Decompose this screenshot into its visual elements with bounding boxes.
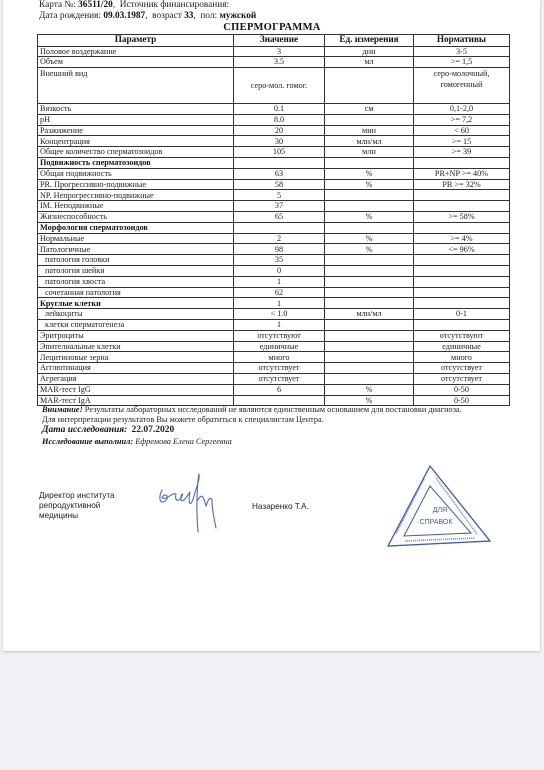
signatory-position: Директор института репродуктивной медици… (39, 491, 115, 522)
cell-value: 3 (234, 46, 325, 57)
cell-value (234, 158, 325, 169)
table-row: патология головки35 (38, 255, 510, 266)
table-row: патология шейки0 (38, 266, 510, 277)
column-header-unit: Ед. измерения (325, 35, 414, 47)
table-row: Эпителиальные клеткиединичныеединичные (38, 341, 510, 352)
cell-unit (325, 352, 414, 363)
attention-label: Внимание! (42, 405, 83, 414)
cell-norm: отсутствует (414, 374, 510, 385)
cell-value: 0.1 (234, 104, 325, 115)
cell-unit: млн (325, 147, 414, 158)
cell-norm: >= 58% (414, 212, 510, 223)
cell-unit: мин (325, 125, 414, 136)
table-row: Общее количество сперматозоидов105млн>= … (38, 147, 510, 158)
patient-info-line: Дата рождения: 09.03.1987, возраст 33, п… (39, 11, 256, 22)
cell-value: 5 (234, 190, 325, 201)
table-header-row: Параметр Значение Ед. измерения Норматив… (38, 35, 510, 47)
table-row: Нормальные2%>= 4% (38, 233, 510, 244)
cell-parameter: патология головки (38, 255, 234, 266)
cell-norm (414, 190, 510, 201)
cell-unit (325, 158, 414, 169)
table-row: IM. Неподвижные37 (38, 201, 510, 212)
table-row: Морфология сперматозоидов (38, 222, 510, 233)
cell-unit (325, 287, 414, 298)
cell-unit (325, 363, 414, 374)
cell-norm: >= 15 (414, 136, 510, 147)
cell-norm: >= 7,2 (414, 114, 510, 125)
table-row: pH8.0>= 7,2 (38, 114, 510, 125)
position-line-1: Директор института (39, 491, 115, 501)
table-row: NP. Непрогрессивно-подвижные5 (38, 190, 510, 201)
cell-value: < 1.0 (234, 309, 325, 320)
cell-norm (414, 201, 510, 212)
table-row: Агглютинацияотсутствуетотсутствует (38, 363, 510, 374)
table-row: Эритроцитыотсутствуютотсутствуют (38, 330, 510, 341)
cell-unit (325, 298, 414, 309)
cell-unit: см (325, 104, 414, 115)
cell-norm: 0,1-2,0 (414, 104, 510, 115)
cell-norm (414, 287, 510, 298)
cell-parameter: Эпителиальные клетки (38, 341, 234, 352)
table-row: Половое воздержание3дни3-5 (38, 46, 510, 57)
table-row: Патологичные98%<= 96% (38, 244, 510, 255)
cell-norm (414, 266, 510, 277)
cell-value: 35 (234, 255, 325, 266)
cell-value: отсутствует (234, 374, 325, 385)
cell-norm: единичные (414, 341, 510, 352)
table-row: Подвижность сперматозоидов (38, 158, 510, 169)
cell-norm (414, 298, 510, 309)
card-info-line: Карта №: 36511/20, Источник финансирован… (39, 0, 229, 11)
cell-norm: PR+NP >= 40% (414, 168, 510, 179)
table-row: патология хвоста1 (38, 276, 510, 287)
table-row: Концентрация30млн/мл>= 15 (38, 136, 510, 147)
cell-norm: >= 1,5 (414, 57, 510, 68)
position-line-2: репродуктивной (39, 501, 115, 511)
cell-unit: % (325, 244, 414, 255)
cell-parameter: IM. Неподвижные (38, 201, 234, 212)
table-row: Объем3.5мл>= 1,5 (38, 57, 510, 68)
cell-unit: % (325, 384, 414, 395)
cell-unit (325, 222, 414, 233)
cell-unit (325, 341, 414, 352)
cell-value: 63 (234, 168, 325, 179)
cell-norm: 0-50 (414, 384, 510, 395)
column-header-value: Значение (234, 35, 325, 47)
cell-norm: 3-5 (414, 46, 510, 57)
cell-parameter: Подвижность сперматозоидов (38, 158, 234, 169)
table-row: Внешний видсеро-мол. гомог.серо-молочный… (38, 68, 510, 104)
attention-text: Результаты лабораторных исследований не … (85, 405, 462, 414)
cell-norm (414, 222, 510, 233)
cell-value: 1 (234, 298, 325, 309)
results-table: Параметр Значение Ед. измерения Норматив… (37, 34, 510, 406)
cell-norm: <= 96% (414, 244, 510, 255)
funding-label: Источник финансирования: (120, 0, 229, 10)
cell-value: 37 (234, 201, 325, 212)
cell-value: 0 (234, 266, 325, 277)
cell-value: 8.0 (234, 114, 325, 125)
cell-unit: % (325, 179, 414, 190)
cell-unit (325, 114, 414, 125)
cell-value: 3.5 (234, 57, 325, 68)
table-row: лейкоциты< 1.0млн/мл0-1 (38, 309, 510, 320)
cell-unit: млн/мл (325, 309, 414, 320)
cell-parameter: лейкоциты (38, 309, 234, 320)
cell-norm (414, 158, 510, 169)
cell-value: 1 (234, 276, 325, 287)
cell-value: серо-мол. гомог. (234, 68, 325, 104)
cell-unit (325, 374, 414, 385)
table-row: клетки сперматогенеза1 (38, 320, 510, 331)
cell-parameter: патология хвоста (38, 276, 234, 287)
table-row: Жизнеспособность65%>= 58% (38, 212, 510, 223)
cell-unit (325, 255, 414, 266)
position-line-3: медицины (39, 511, 115, 521)
birth-date-label: Дата рождения: (39, 11, 101, 21)
cell-value: 2 (234, 233, 325, 244)
table-row: Вязкость0.1см0,1-2,0 (38, 104, 510, 115)
cell-unit (325, 320, 414, 331)
cell-parameter: Агрегация (38, 374, 234, 385)
performed-by-name: Ефремова Елена Сергеевна (135, 437, 232, 446)
cell-parameter: MAR-тест IgG (38, 384, 234, 395)
cell-unit (325, 201, 414, 212)
cell-norm: много (414, 352, 510, 363)
cell-value: 6 (234, 384, 325, 395)
cell-parameter: Объем (38, 57, 234, 68)
cell-unit (325, 330, 414, 341)
signatory-name: Назаренко Т.А. (252, 502, 309, 511)
cell-unit: % (325, 168, 414, 179)
cell-parameter: Агглютинация (38, 363, 234, 374)
cell-parameter: Общая подвижность (38, 168, 234, 179)
cell-value: единичные (234, 341, 325, 352)
cell-norm: < 60 (414, 125, 510, 136)
column-header-norm: Нормативы (414, 35, 510, 47)
cell-unit (325, 266, 414, 277)
cell-norm (414, 320, 510, 331)
cell-parameter: Внешний вид (38, 68, 234, 104)
age-value: 33 (184, 11, 193, 21)
table-row: PR. Прогрессивно-подвижные58%PR >= 32% (38, 179, 510, 190)
table-row: Агрегацияотсутствуетотсутствует (38, 374, 510, 385)
cell-norm: отсутствует (414, 363, 510, 374)
cell-norm: серо-молочный, гомогенный (414, 68, 510, 104)
cell-parameter: Круглые клетки (38, 298, 234, 309)
cell-value: 58 (234, 179, 325, 190)
study-date-label: Дата исследования: (42, 425, 127, 435)
cell-value: 20 (234, 125, 325, 136)
study-date: 22.07.2020 (132, 425, 175, 435)
cell-parameter: NP. Непрогрессивно-подвижные (38, 190, 234, 201)
cell-parameter: сочетанная патология (38, 287, 234, 298)
cell-parameter: Вязкость (38, 104, 234, 115)
cell-value: 65 (234, 212, 325, 223)
document-title: СПЕРМОГРАММА (0, 22, 544, 33)
cell-norm: PR >= 32% (414, 179, 510, 190)
cell-value: отсутствуют (234, 330, 325, 341)
cell-unit: дни (325, 46, 414, 57)
table-row: MAR-тест IgG6%0-50 (38, 384, 510, 395)
cell-value: отсутствует (234, 363, 325, 374)
cell-parameter: Патологичные (38, 244, 234, 255)
cell-parameter: Жизнеспособность (38, 212, 234, 223)
interpretation-note: Для интерпретации результатов Вы можете … (42, 415, 324, 425)
cell-value: 1 (234, 320, 325, 331)
cell-unit: % (325, 233, 414, 244)
signature-icon (150, 470, 230, 550)
table-row: Круглые клетки1 (38, 298, 510, 309)
cell-norm: >= 39 (414, 147, 510, 158)
column-header-parameter: Параметр (38, 35, 234, 47)
cell-parameter: Разжижение (38, 125, 234, 136)
cell-norm: >= 4% (414, 233, 510, 244)
cell-norm (414, 255, 510, 266)
table-row: Лецитиновые зернамногомного (38, 352, 510, 363)
cell-norm (414, 276, 510, 287)
table-row: Общая подвижность63%PR+NP >= 40% (38, 168, 510, 179)
study-date-line: Дата исследования: 22.07.2020 (42, 425, 174, 435)
cell-value: 62 (234, 287, 325, 298)
table-row: сочетанная патология62 (38, 287, 510, 298)
cell-parameter: патология шейки (38, 266, 234, 277)
cell-norm: 0-1 (414, 309, 510, 320)
svg-text:ДЛЯ: ДЛЯ (433, 507, 447, 514)
card-number: 36511/20 (78, 0, 113, 10)
cell-unit (325, 68, 414, 104)
cell-parameter: PR. Прогрессивно-подвижные (38, 179, 234, 190)
cell-value (234, 222, 325, 233)
cell-parameter: Концентрация (38, 136, 234, 147)
cell-parameter: Половое воздержание (38, 46, 234, 57)
cell-parameter: Лецитиновые зерна (38, 352, 234, 363)
cell-parameter: pH (38, 114, 234, 125)
sex-value: мужской (219, 11, 256, 21)
cell-unit: % (325, 212, 414, 223)
cell-parameter: Нормальные (38, 233, 234, 244)
attention-note: Внимание! Результаты лабораторных исслед… (42, 405, 462, 415)
cell-unit: мл (325, 57, 414, 68)
cell-unit: млн/мл (325, 136, 414, 147)
cell-value: 98 (234, 244, 325, 255)
birth-date: 09.03.1987 (103, 11, 145, 21)
svg-text:СПРАВОК: СПРАВОК (420, 519, 454, 526)
cell-parameter: Общее количество сперматозоидов (38, 147, 234, 158)
cell-parameter: Эритроциты (38, 330, 234, 341)
stamp-icon: ДЛЯ СПРАВОК (385, 462, 495, 552)
table-row: Разжижение20мин< 60 (38, 125, 510, 136)
cell-parameter: Морфология сперматозоидов (38, 222, 234, 233)
performed-by-line: Исследование выполнил: Ефремова Елена Се… (42, 437, 232, 447)
cell-parameter: клетки сперматогенеза (38, 320, 234, 331)
sex-label: пол: (200, 11, 217, 21)
cell-norm: отсутствуют (414, 330, 510, 341)
cell-value: много (234, 352, 325, 363)
performed-by-label: Исследование выполнил: (42, 437, 133, 446)
cell-unit (325, 276, 414, 287)
cell-unit (325, 190, 414, 201)
age-label: возраст (152, 11, 182, 21)
cell-value: 105 (234, 147, 325, 158)
cell-value: 30 (234, 136, 325, 147)
card-label: Карта №: (39, 0, 76, 10)
